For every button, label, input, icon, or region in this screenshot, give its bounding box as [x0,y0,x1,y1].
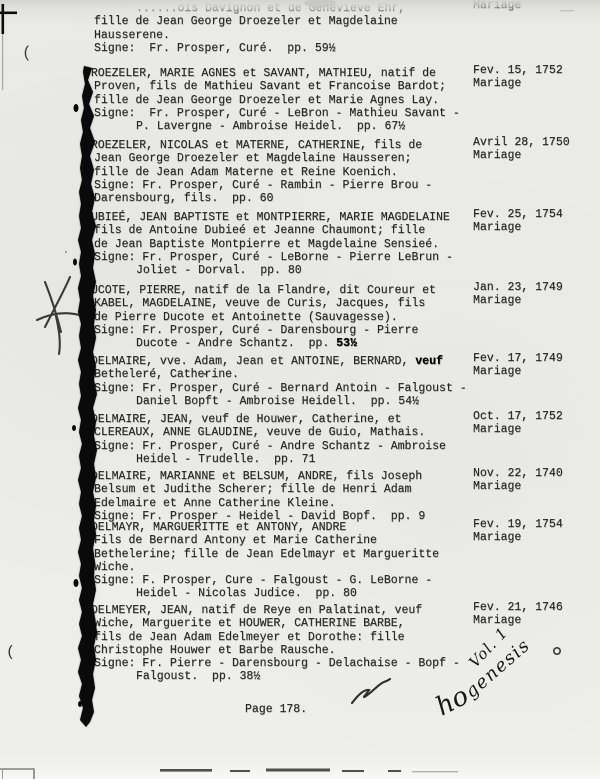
entry-line: Ducote - Andre Schantz. pp. 53½ [84,337,600,350]
entry-line-text: EDELMAIRE, vve. Adam, Jean et ANTOINE, B… [84,355,415,368]
entry-line: Darensbourg, fils. pp. 60 [84,192,600,205]
entry-line: fille de Jean Adam Materne et Reine Koen… [84,166,600,179]
record-entry: EDELMAIRE, vve. Adam, Jean et ANTOINE, B… [84,355,600,408]
record-type: Mariage [473,365,563,378]
record-entry: EDELMAIRE, MARIANNE et BELSUM, ANDRE, fi… [84,470,600,523]
record-date-value: Avril 28, 1750 [473,136,570,149]
entry-line-text: EDELMAYR, MARGUERITTE et ANTONY, ANDRE [84,521,346,534]
entry-line: Bethelerine; fille de Jean Edelmayr et M… [84,548,600,561]
entry-line-text: Wiche. [94,561,135,574]
entry-line: Signe: F. Prosper, Cure - Falgoust - G. … [84,574,600,587]
entry-line-text: Proven, fils de Mathieu Savant et Franco… [94,80,446,93]
entry-line-text: Signe: Fr. Pierre - Darensbourg - Delach… [94,657,460,670]
entry-line-text: Signe: Fr. Prosper, Curé - Bernard Antoi… [94,382,467,395]
paren-mark: ( [22,44,32,62]
entry-line-text: Daniel Bopft - Ambroise Heidell. pp. 54½ [136,395,419,408]
entry-line-text: fils de Jean Adam Edelmeyer et Dorothe: … [94,631,405,644]
record-date: Fev. 17, 1749Mariage [473,352,563,379]
entry-line: Heidel - Nicolas Judice. pp. 80 [84,587,600,600]
entry-line: Falgoust. pp. 38½ [84,670,600,683]
entry-line: Signe: Fr. Prosper, Curé - Andre Schantz… [84,440,600,453]
registration-mark [0,4,17,90]
entry-line: Signe: Fr. Prosper, Curé - Bernard Antoi… [84,382,600,395]
entry-line-text: EDELMAIRE, MARIANNE et BELSUM, ANDRE, fi… [84,470,422,483]
record-date-value: Fev. 17, 1749 [473,352,563,365]
entry-line-text: Belsum et Judithe Scherer; fille de Henr… [94,483,411,496]
pencil-x-mark [37,277,79,354]
entry-line-text: fils de Antoine Dubieé et Jeanne Chaumon… [94,224,425,237]
entry-line-text: Ducote - Andre Schantz. pp. [136,337,336,350]
entry-line-text: Edelmaire et Anne Catherine Kleine. [94,497,336,510]
entry-line-text: Darensbourg, fils. pp. 60 [94,192,273,205]
record-date: Fev. 15, 1752Mariage [473,64,563,91]
entry-line-text: Betheleré, Catherine. [94,368,239,381]
scan-page: ......ois Davignon et de Genevieve Ehr,f… [0,0,600,779]
record-date: Fev. 25, 1754Mariage [473,208,563,235]
record-date: Mariage [473,0,521,12]
entry-line-text: Jean George Droezeler et Magdelaine Haus… [94,152,411,165]
entry-line-text: KABEL, MAGDELAINE, veuve de Curis, Jacqu… [94,297,425,310]
entry-line-text: DROEZELER, NICOLAS et MATERNE, CATHERINE… [84,139,422,152]
record-date-value: Fev. 15, 1752 [473,64,563,77]
entry-line-text: DUBIEÉ, JEAN BAPTISTE et MONTPIERRE, MAR… [84,211,450,224]
entry-line-text: Wiche, Marguerite et HOUWER, CATHERINE B… [94,617,405,630]
entry-line-text: fille de Jean George Droezeler et Magdel… [94,15,398,28]
entry-line-bold-text: 53½ [336,337,357,350]
record-date-value: Fev. 25, 1754 [473,208,563,221]
record-type: Mariage [473,614,563,627]
entry-line-text: Joliet - Dorval. pp. 80 [136,264,302,277]
record-entry: ......ois Davignon et de Genevieve Ehr,f… [84,2,600,55]
entry-line-text: Signe: Fr. Prosper, Curé - Andre Schantz… [94,440,446,453]
paren-mark: ( [6,644,15,661]
entry-line-text: Falgoust. pp. 38½ [136,670,260,683]
entry-line-text: P. Lavergne - Ambroise Heidel. pp. 67½ [136,120,405,133]
entry-line: fille de Jean George Droezeler et Marie … [84,94,600,107]
record-type: Mariage [473,423,563,436]
entry-line-text: Fils de Bernard Antony et Marie Catherin… [94,534,377,547]
record-date-value: Fev. 19, 1754 [473,518,563,531]
entry-line: Signe: Fr. Prosper, Curé - LeBorne - Pie… [84,251,600,264]
record-type: Mariage [473,77,563,90]
record-type: Mariage [473,149,570,162]
record-type: Mariage [473,221,563,234]
entry-line: P. Lavergne - Ambroise Heidel. pp. 67½ [84,120,600,133]
entry-line: Signe: Fr. Prosper, Curé - Rambin - Pier… [84,179,600,192]
entry-line-text: Signe: Fr. Prosper, Curé. pp. 59½ [94,42,336,55]
record-type: Mariage [473,480,563,493]
page-number: Page 178. [245,703,307,716]
entry-line: Joliet - Dorval. pp. 80 [84,264,600,277]
record-entry: DROEZELER, NICOLAS et MATERNE, CATHERINE… [84,139,600,205]
entry-line-text: de Jean Baptiste Montpierre et Magdelain… [94,238,439,251]
record-date: Avril 28, 1750Mariage [473,136,570,163]
entry-line: Heidel - Trudelle. pp. 71 [84,453,600,466]
record-entry: EDELMAYR, MARGUERITTE et ANTONY, ANDREFi… [84,521,600,601]
bottom-dashes [160,769,458,773]
record-date-value: Oct. 17, 1752 [473,410,563,423]
entry-line-text: Christophe Houwer et Barbe Rausche. [94,644,336,657]
entry-line-text: Signe: F. Prosper, Cure - Falgoust - G. … [94,574,432,587]
entry-line-text: fille de Jean Adam Materne et Reine Koen… [94,166,398,179]
entry-line-text: DROEZELER, MARIE AGNES et SAVANT, MATHIE… [84,67,436,80]
record-date: Nov. 22, 1740Mariage [473,467,563,494]
entry-line-text: EDELMAIRE, JEAN, veuf de Houwer, Catheri… [84,413,401,426]
record-date-value: Jan. 23, 1749 [473,281,563,294]
record-entry: EDELMAIRE, JEAN, veuf de Houwer, Catheri… [84,413,600,466]
entry-line-text: fille de Jean George Droezeler et Marie … [94,94,439,107]
entry-line: de Jean Baptiste Montpierre et Magdelain… [84,238,600,251]
entry-line: de Pierre Ducote et Antoinette (Sauvages… [84,311,600,324]
entry-line-text: Signe: Fr. Prosper, Curé - LeBorne - Pie… [94,251,453,264]
entry-line-bold-text: veuf [415,355,443,368]
record-date-value: Fev. 21, 1746 [473,601,563,614]
record-date-value: Nov. 22, 1740 [473,467,563,480]
record-entry: DUCOTE, PIERRE, natif de la Flandre, dit… [84,284,600,350]
entry-line: Signe: Fr. Prosper, Curé. pp. 59½ [84,42,600,55]
record-entry: DUBIEÉ, JEAN BAPTISTE et MONTPIERRE, MAR… [84,211,600,277]
record-date: Oct. 17, 1752Mariage [473,410,563,437]
record-type: Mariage [473,294,563,307]
entry-line-text: Bethelerine; fille de Jean Edelmayr et M… [94,548,439,561]
record-date: Fev. 21, 1746Mariage [473,601,563,628]
entry-line-text: CLEREAUX, ANNE GLAUDINE, veuve de Guio, … [94,426,425,439]
corner-box-mark [0,769,34,779]
entry-line-text: ......ois Davignon et de Genevieve Ehr, [136,2,405,15]
entry-line: Edelmaire et Anne Catherine Kleine. [84,497,600,510]
entry-line-text: de Pierre Ducote et Antoinette (Sauvages… [94,311,398,324]
entry-line-text: Signe: Fr. Prosper, Curé - Darensbourg -… [94,324,418,337]
entry-line-text: EDELMEYER, JEAN, natif de Reye en Palati… [84,604,422,617]
entry-line: Wiche. [84,561,600,574]
record-type: Mariage [473,0,521,12]
entry-line: fille de Jean George Droezeler et Magdel… [84,15,600,28]
entry-line-text: Heidel - Trudelle. pp. 71 [136,453,315,466]
entry-line-text: Heidel - Nicolas Judice. pp. 80 [136,587,357,600]
entry-line: Signe: Fr. Prosper, Curé - LeBron - Math… [84,107,600,120]
record-date: Fev. 19, 1754Mariage [473,518,563,545]
record-date: Jan. 23, 1749Mariage [473,281,563,308]
entry-line: ......ois Davignon et de Genevieve Ehr, [84,2,600,15]
entry-line: Signe: Fr. Prosper, Curé - Darensbourg -… [84,324,600,337]
entry-line-text: Hausserene. [94,29,170,42]
entry-line-text: DUCOTE, PIERRE, natif de la Flandre, dit… [84,284,436,297]
entry-line-text: Signe: Fr. Prosper, Curé - LeBron - Math… [94,107,460,120]
entry-line: Daniel Bopft - Ambroise Heidell. pp. 54½ [84,395,600,408]
entry-line-text: Signe: Fr. Prosper, Curé - Rambin - Pier… [94,179,432,192]
record-type: Mariage [473,531,563,544]
record-entry: DROEZELER, MARIE AGNES et SAVANT, MATHIE… [84,67,600,133]
entry-line: Hausserene. [84,29,600,42]
